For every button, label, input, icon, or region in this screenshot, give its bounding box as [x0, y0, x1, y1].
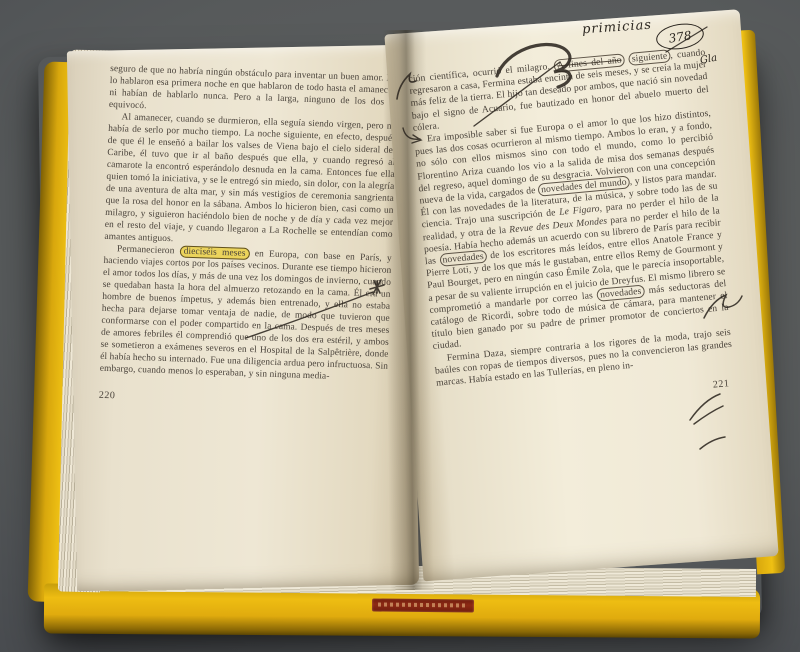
text-segment: seguro de que no habría ningún obstáculo… [109, 64, 398, 111]
text-segment: Al amanecer, cuando se durmieron, ella s… [104, 112, 396, 244]
paragraph: Era imposible saber si fue Europa o el a… [414, 108, 731, 354]
cover-label [372, 598, 474, 612]
paragraph: Permanecieron dieciséis meses en Europa,… [100, 243, 392, 385]
right-page-text: ción científica, ocurrió el milagro. A f… [408, 47, 736, 417]
annotated-text-highlight: dieciséis meses [179, 245, 249, 259]
left-page-paragraphs: seguro de que no habría ningún obstáculo… [100, 63, 399, 385]
left-page: seguro de que no habría ningún obstáculo… [67, 45, 419, 591]
text-segment: en Europa, con base en París, y haciendo… [100, 249, 392, 382]
text-segment: Permanecieron [117, 244, 180, 256]
left-page-text: seguro de que no habría ningún obstáculo… [99, 63, 399, 412]
right-page: ción científica, ocurrió el milagro. A f… [384, 9, 778, 581]
left-page-number: 220 [99, 390, 387, 412]
paragraph: Al amanecer, cuando se durmieron, ella s… [104, 111, 396, 253]
right-page-paragraphs: ción científica, ocurrió el milagro. A f… [408, 47, 734, 390]
photo-of-open-book: seguro de que no habría ningún obstáculo… [0, 0, 800, 652]
spine-gutter-shadow [382, 30, 434, 591]
